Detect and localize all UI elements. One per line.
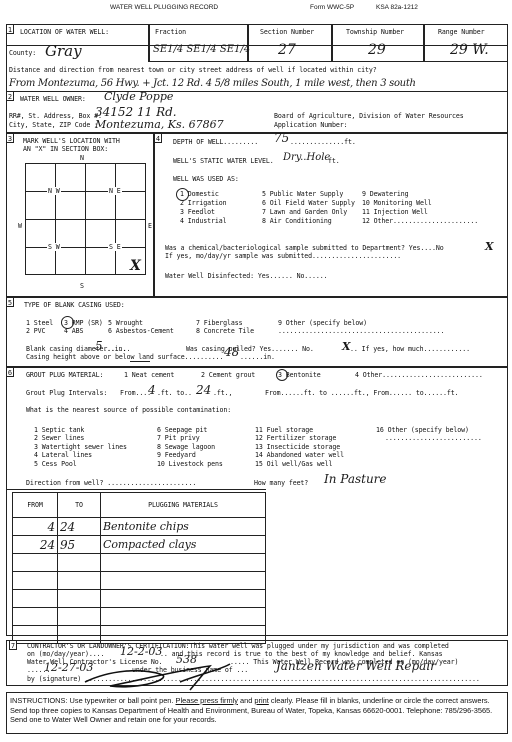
business-name[interactable]: Jantzen Water Well Repair	[276, 659, 436, 673]
section6-number: 6	[6, 367, 14, 377]
well-location-mark[interactable]: X	[130, 258, 141, 274]
source-watertight[interactable]: 3 Watertight sewer lines	[34, 443, 157, 451]
ne-label: N E	[108, 187, 122, 195]
instructions-lead: INSTRUCTIONS:	[10, 696, 67, 705]
application-label: Application Number:	[274, 121, 348, 129]
static-level-label: WELL'S STATIC WATER LEVEL.	[173, 157, 274, 165]
sample-no-mark[interactable]: X	[485, 240, 494, 253]
form-statute: KSA 82a-1212	[376, 4, 418, 11]
source-cess-pool[interactable]: 5 Cess Pool	[34, 460, 157, 468]
row-to[interactable]	[58, 590, 101, 608]
pulled-how-much: .. If yes, how much............	[350, 345, 470, 353]
height-label: Casing height above or below land surfac…	[26, 353, 223, 361]
instructions-text: INSTRUCTIONS: Use typewriter or ball poi…	[10, 696, 506, 725]
sample-date-label: If yes, mo/day/yr sample was submitted..…	[165, 252, 401, 260]
grout-bentonite[interactable]: 3 Bentonite	[278, 371, 355, 379]
sw-label: S W	[47, 243, 61, 251]
row-to[interactable]	[58, 572, 101, 590]
completed-date[interactable]: 12-2-03	[120, 645, 162, 658]
distance-value[interactable]: From Montezuma, 56 Hwy. + Jct. 12 Rd. 4 …	[9, 78, 416, 89]
col-materials: PLUGGING MATERIALS	[101, 493, 266, 518]
rmp-circle-mark	[61, 316, 74, 329]
source-other[interactable]: 16 Other (specify below)	[376, 426, 469, 434]
plugging-materials-table: FROM TO PLUGGING MATERIALS 424Bentonite …	[12, 492, 266, 644]
table-row: 424Bentonite chips	[13, 518, 266, 536]
height-value[interactable]: 48	[224, 345, 239, 359]
city-value[interactable]: Montezuma, Ks. 67867	[95, 118, 224, 131]
casing-pvc[interactable]: 2 PVC	[26, 327, 64, 335]
row-material[interactable]	[101, 554, 266, 572]
use-injection[interactable]: 11 Injection Well	[362, 208, 428, 217]
row-from[interactable]	[13, 590, 58, 608]
nw-label: N W	[47, 187, 61, 195]
grout-materials: 1 Neat cement 2 Cement grout 3 Bentonite…	[124, 371, 483, 379]
north-label: N	[80, 154, 84, 162]
feet-value[interactable]: In Pasture	[324, 472, 387, 486]
source-insecticide[interactable]: 13 Insecticide storage	[255, 443, 340, 451]
township-label: Township Number	[346, 28, 404, 36]
location-label: LOCATION OF WATER WELL:	[20, 28, 109, 36]
pulled-label: Was casing pulled? Yes....... No.	[186, 345, 314, 353]
row-to[interactable]	[58, 554, 101, 572]
casing-steel[interactable]: 1 Steel	[26, 319, 64, 327]
owner-label: WATER WELL OWNER:	[20, 95, 86, 103]
casing-label: TYPE OF BLANK CASING USED:	[24, 301, 125, 309]
source-oil-gas[interactable]: 15 Oil well/Gas well	[255, 460, 332, 468]
section-number-value[interactable]: 27	[278, 42, 296, 58]
direction-label: Direction from well? ...................…	[26, 479, 196, 487]
table-row	[13, 590, 266, 608]
casing-other[interactable]: 9 Other (specify below)	[278, 319, 367, 327]
casing-concrete[interactable]: 8 Concrete Tile	[196, 327, 278, 335]
instructions-print: print	[254, 696, 268, 705]
contamination-sources: 1 Septic tank6 Seepage pit11 Fuel storag…	[34, 426, 482, 468]
section1-number: 1	[6, 24, 14, 34]
board-label: Board of Agriculture, Division of Water …	[274, 112, 464, 120]
feet-label: How many feet?	[254, 479, 308, 487]
bentonite-circle-mark	[276, 369, 288, 381]
diameter-value[interactable]: 5	[95, 339, 103, 353]
col-from: FROM	[13, 493, 58, 518]
row-material[interactable]: Bentonite chips	[101, 518, 266, 536]
table-row: 2495Compacted clays	[13, 536, 266, 554]
disinfected-label: Water Well Disinfected: Yes...... No....…	[165, 272, 328, 280]
city-label: City, State, ZIP Code :	[9, 121, 98, 129]
source-fuel[interactable]: 11 Fuel storage	[255, 426, 376, 434]
grout-neat-cement[interactable]: 1 Neat cement	[124, 371, 201, 379]
use-irrigation[interactable]: 2 Irrigation	[180, 199, 262, 208]
township-value[interactable]: 29	[368, 42, 386, 58]
source-lagoon[interactable]: 8 Sewage lagoon	[157, 443, 255, 451]
below-underline	[130, 361, 150, 362]
cert-completed-label: on (mo/day/year)....	[27, 650, 104, 658]
source-sewer[interactable]: 2 Sewer lines	[34, 434, 157, 442]
col-to: TO	[58, 493, 101, 518]
fraction-value[interactable]: SE1/4 SE1/4 SE1/4	[153, 44, 250, 55]
static-level-value[interactable]: Dry..Hole	[283, 152, 330, 163]
casing-wrought[interactable]: 5 Wrought	[108, 319, 196, 327]
se-label: S E	[108, 243, 122, 251]
use-industrial[interactable]: 4 Industrial	[180, 217, 262, 226]
casing-other-field[interactable]: ........................................…	[278, 327, 444, 335]
south-label: S	[80, 282, 84, 290]
form-title: WATER WELL PLUGGING RECORD	[110, 4, 218, 11]
section3-label-2: AN "X" IN SECTION BOX:	[23, 145, 108, 153]
address-label: RR#, St. Address, Box #:	[9, 112, 102, 120]
section5-number: 5	[6, 297, 14, 307]
row-material[interactable]	[101, 608, 266, 626]
cert-line2: .. and this record is true to the best o…	[160, 650, 443, 658]
interval1-unit: .ft.,	[213, 389, 232, 397]
source-other-field[interactable]: .........................	[385, 434, 482, 442]
intervals-label: Grout Plug Intervals:	[26, 389, 107, 397]
instructions-press-firmly: Please press firmly	[176, 696, 238, 705]
source-abandoned-well[interactable]: 14 Abandoned water well	[255, 451, 344, 459]
use-air-conditioning[interactable]: 8 Air Conditioning	[262, 217, 362, 226]
divider	[6, 489, 266, 490]
west-label: W	[18, 222, 22, 230]
interval1-to-label: .ft. to..	[157, 389, 192, 397]
grout-cement-grout[interactable]: 2 Cement grout	[201, 371, 278, 379]
interval1-from-label: From....	[120, 389, 151, 397]
source-feedyard[interactable]: 9 Feedyard	[157, 451, 255, 459]
row-material[interactable]: Compacted clays	[101, 536, 266, 554]
row-material[interactable]	[101, 590, 266, 608]
use-dewatering[interactable]: 9 Dewatering	[362, 190, 408, 199]
use-options: 1 Domestic5 Public Water Supply9 Dewater…	[180, 190, 478, 226]
county-value[interactable]: Gray	[45, 42, 82, 60]
owner-value[interactable]: Clyde Poppe	[104, 90, 173, 103]
range-label: Range Number	[438, 28, 484, 36]
row-from[interactable]: 24	[13, 536, 58, 554]
source-fertilizer[interactable]: 12 Fertilizer storage	[255, 434, 385, 442]
instructions-and: and	[238, 696, 254, 705]
section4-number: 4	[154, 133, 162, 143]
casing-asbestos[interactable]: 6 Asbestos-Cement	[108, 327, 196, 335]
interval1-to-value[interactable]: 24	[196, 383, 211, 397]
table-row	[13, 608, 266, 626]
row-to[interactable]: 95	[58, 536, 101, 554]
grout-label: GROUT PLUG MATERIAL:	[26, 371, 103, 379]
source-livestock[interactable]: 10 Livestock pens	[157, 460, 255, 468]
casing-fiberglass[interactable]: 7 Fiberglass	[196, 319, 278, 327]
static-level-unit: ft.	[328, 157, 340, 165]
use-lawn[interactable]: 7 Lawn and Garden Only	[262, 208, 362, 217]
use-domestic[interactable]: 1 Domestic	[180, 190, 262, 199]
depth-unit: ..............ft.	[290, 138, 356, 146]
row-from[interactable]	[13, 608, 58, 626]
casing-types: 1 Steel3 RMP (SR)5 Wrought7 Fiberglass9 …	[26, 319, 444, 335]
source-seepage[interactable]: 6 Seepage pit	[157, 426, 255, 434]
used-as-label: WELL WAS USED AS:	[173, 175, 239, 183]
section3-label-1: MARK WELL'S LOCATION WITH	[23, 137, 120, 145]
east-label: E	[148, 222, 152, 230]
source-lateral[interactable]: 4 Lateral lines	[34, 451, 157, 459]
table-row	[13, 572, 266, 590]
cert-line1: CONTRACTOR'S OR LANDOWNER'S CERTIFICATIO…	[27, 642, 449, 650]
row-to[interactable]: 24	[58, 518, 101, 536]
section2-number: 2	[6, 91, 14, 101]
diameter-unit: ...in.	[103, 345, 126, 353]
row-to[interactable]	[58, 608, 101, 626]
county-label: County:	[9, 49, 36, 57]
sample-label: Was a chemical/bacteriological sample su…	[165, 244, 444, 252]
row-material[interactable]	[101, 572, 266, 590]
use-other[interactable]: 12 Other......................	[362, 217, 478, 226]
depth-value[interactable]: 75	[274, 131, 289, 145]
signature[interactable]	[80, 660, 240, 696]
domestic-circle-mark	[176, 188, 189, 201]
fraction-label: Fraction	[155, 28, 186, 36]
use-feedlot[interactable]: 3 Feedlot	[180, 208, 262, 217]
form-number: Form WWC-5P	[310, 4, 354, 11]
interval-rest: From......ft. to ......ft., From...... t…	[265, 389, 459, 397]
row-from[interactable]	[13, 554, 58, 572]
section3-number: 3	[6, 133, 14, 143]
source-privy[interactable]: 7 Pit privy	[157, 434, 255, 442]
source-septic[interactable]: 1 Septic tank	[34, 426, 157, 434]
row-from[interactable]: 4	[13, 518, 58, 536]
address-value[interactable]: 34152 11 Rd.	[95, 105, 177, 119]
row-from[interactable]	[13, 572, 58, 590]
use-monitoring[interactable]: 10 Monitoring Well	[362, 199, 432, 208]
contamination-label: What is the nearest source of possible c…	[26, 406, 231, 414]
range-value[interactable]: 29 W.	[450, 42, 489, 58]
use-public-water[interactable]: 5 Public Water Supply	[262, 190, 362, 199]
distance-label: Distance and direction from nearest town…	[9, 66, 377, 74]
instructions-part1: Use typewriter or ball point pen.	[67, 696, 175, 705]
section7-number: 7	[9, 640, 17, 650]
interval1-from-value[interactable]: 4	[148, 383, 156, 397]
use-oil-field[interactable]: 6 Oil Field Water Supply	[262, 199, 362, 208]
height-unit: ......in.	[240, 353, 275, 361]
table-row	[13, 554, 266, 572]
depth-label: DEPTH OF WELL.........	[173, 138, 258, 146]
grout-other[interactable]: 4 Other..........................	[355, 371, 483, 379]
section-number-label: Section Number	[260, 28, 314, 36]
